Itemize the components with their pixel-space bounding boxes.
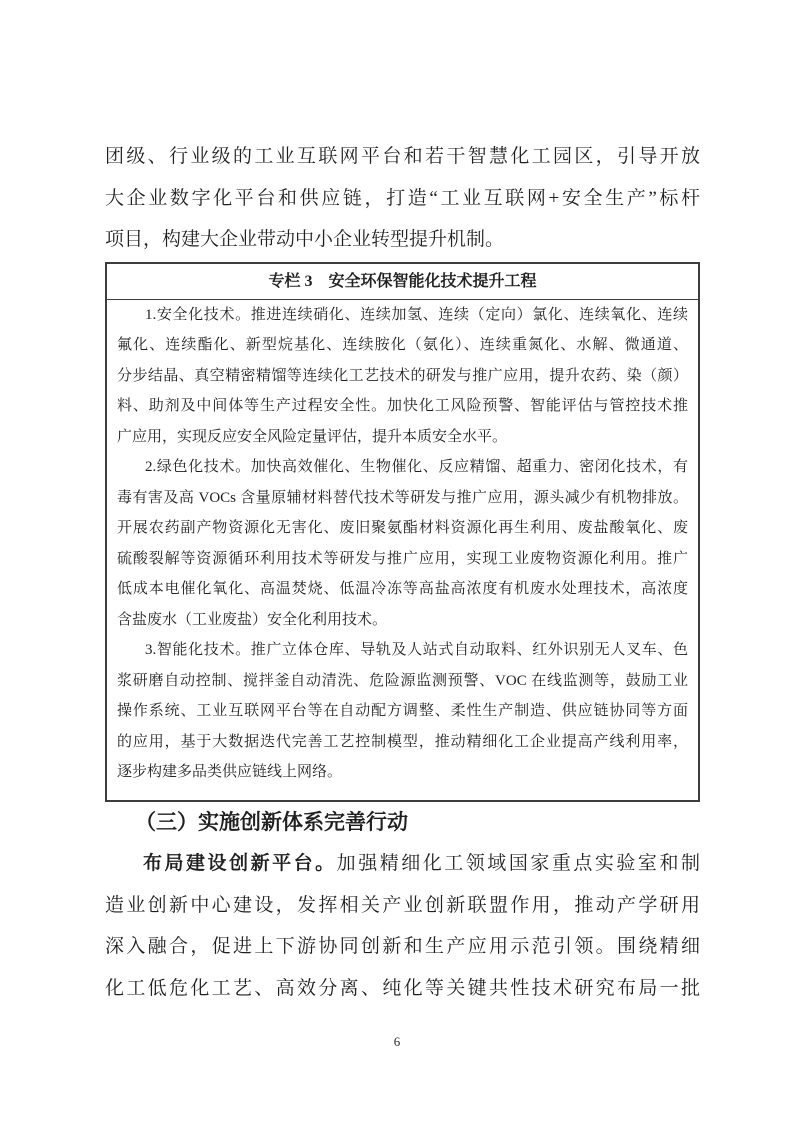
page-content: 团级、行业级的工业互联网平台和若干智慧化工园区，引导开放 大企业数字化平台和供应… — [105, 136, 700, 1009]
section-line: 布局建设创新平台。加强精细化工领域国家重点实验室和制 — [105, 843, 700, 885]
column-box: 专栏 3 安全环保智能化技术提升工程 1.安全化技术。推进连续硝化、连续加氢、连… — [105, 262, 700, 802]
box-text-line: 硫酸裂解等资源循环利用技术等研发与推广应用，实现工业废物资源化利用。推广 — [117, 544, 688, 575]
box-text-line: 低成本电催化氧化、高温焚烧、低温冷冻等高盐高浓度有机废水处理技术，高浓度 — [117, 574, 688, 605]
section-paragraph: 布局建设创新平台。加强精细化工领域国家重点实验室和制 造业创新中心建设，发挥相关… — [105, 843, 700, 1009]
section-lead-bold: 布局建设创新平台。 — [143, 853, 337, 874]
intro-paragraph: 团级、行业级的工业互联网平台和若干智慧化工园区，引导开放 大企业数字化平台和供应… — [105, 136, 700, 261]
box-text-line: 2.绿色化技术。加快高效催化、生物催化、反应精馏、超重力、密闭化技术，有 — [117, 452, 688, 483]
box-text-line: 料、助剂及中间体等生产过程安全性。加快化工风险预警、智能评估与管控技术推 — [117, 391, 688, 422]
column-box-title: 专栏 3 安全环保智能化技术提升工程 — [107, 264, 698, 300]
column-box-body: 1.安全化技术。推进连续硝化、连续加氢、连续（定向）氯化、连续氧化、连续 氟化、… — [107, 300, 698, 800]
box-paragraph-green: 2.绿色化技术。加快高效催化、生物催化、反应精馏、超重力、密闭化技术，有 毒有害… — [117, 452, 688, 635]
box-text-line: 广应用，实现反应安全风险定量评估，提升本质安全水平。 — [117, 422, 688, 453]
box-text-line: 毒有害及高 VOCs 含量原辅材料替代技术等研发与推广应用，源头减少有机物排放。 — [117, 483, 688, 514]
box-text-line: 的应用，基于大数据迭代完善工艺控制模型，推动精细化工企业提高产线利用率， — [117, 727, 688, 758]
page-number: 6 — [0, 1034, 794, 1050]
section-line: 深入融合，促进上下游协同创新和生产应用示范引领。围绕精细 — [105, 926, 700, 968]
section-line: 造业创新中心建设，发挥相关产业创新联盟作用，推动产学研用 — [105, 885, 700, 927]
box-text-line: 逐步构建多品类供应链线上网络。 — [117, 757, 688, 788]
box-text-line: 操作系统、工业互联网平台等在自动配方调整、柔性生产制造、供应链协同等方面 — [117, 696, 688, 727]
section-heading: （三）实施创新体系完善行动 — [105, 802, 700, 844]
box-paragraph-safety: 1.安全化技术。推进连续硝化、连续加氢、连续（定向）氯化、连续氧化、连续 氟化、… — [117, 300, 688, 453]
box-paragraph-smart: 3.智能化技术。推广立体仓库、导轨及人站式自动取料、红外识别无人叉车、色 浆研磨… — [117, 635, 688, 788]
box-text-line: 3.智能化技术。推广立体仓库、导轨及人站式自动取料、红外识别无人叉车、色 — [117, 635, 688, 666]
section-lead-rest: 加强精细化工领域国家重点实验室和制 — [337, 853, 700, 874]
intro-line: 项目，构建大企业带动中小企业转型提升机制。 — [105, 219, 700, 261]
intro-line: 大企业数字化平台和供应链，打造“工业互联网+安全生产”标杆 — [105, 178, 700, 220]
box-text-line: 1.安全化技术。推进连续硝化、连续加氢、连续（定向）氯化、连续氧化、连续 — [117, 300, 688, 331]
box-text-line: 含盐废水（工业废盐）安全化利用技术。 — [117, 605, 688, 636]
box-text-line: 分步结晶、真空精密精馏等连续化工艺技术的研发与推广应用，提升农药、染（颜） — [117, 361, 688, 392]
document-page: 团级、行业级的工业互联网平台和若干智慧化工园区，引导开放 大企业数字化平台和供应… — [0, 0, 794, 1123]
box-text-line: 开展农药副产物资源化无害化、废旧聚氨酯材料资源化再生利用、废盐酸氧化、废 — [117, 513, 688, 544]
section-line: 化工低危化工艺、高效分离、纯化等关键共性技术研究布局一批 — [105, 968, 700, 1010]
box-text-line: 浆研磨自动控制、搅拌釜自动清洗、危险源监测预警、VOC 在线监测等，鼓励工业 — [117, 666, 688, 697]
box-text-line: 氟化、连续酯化、新型烷基化、连续胺化（氨化）、连续重氮化、水解、微通道、 — [117, 330, 688, 361]
intro-line: 团级、行业级的工业互联网平台和若干智慧化工园区，引导开放 — [105, 136, 700, 178]
